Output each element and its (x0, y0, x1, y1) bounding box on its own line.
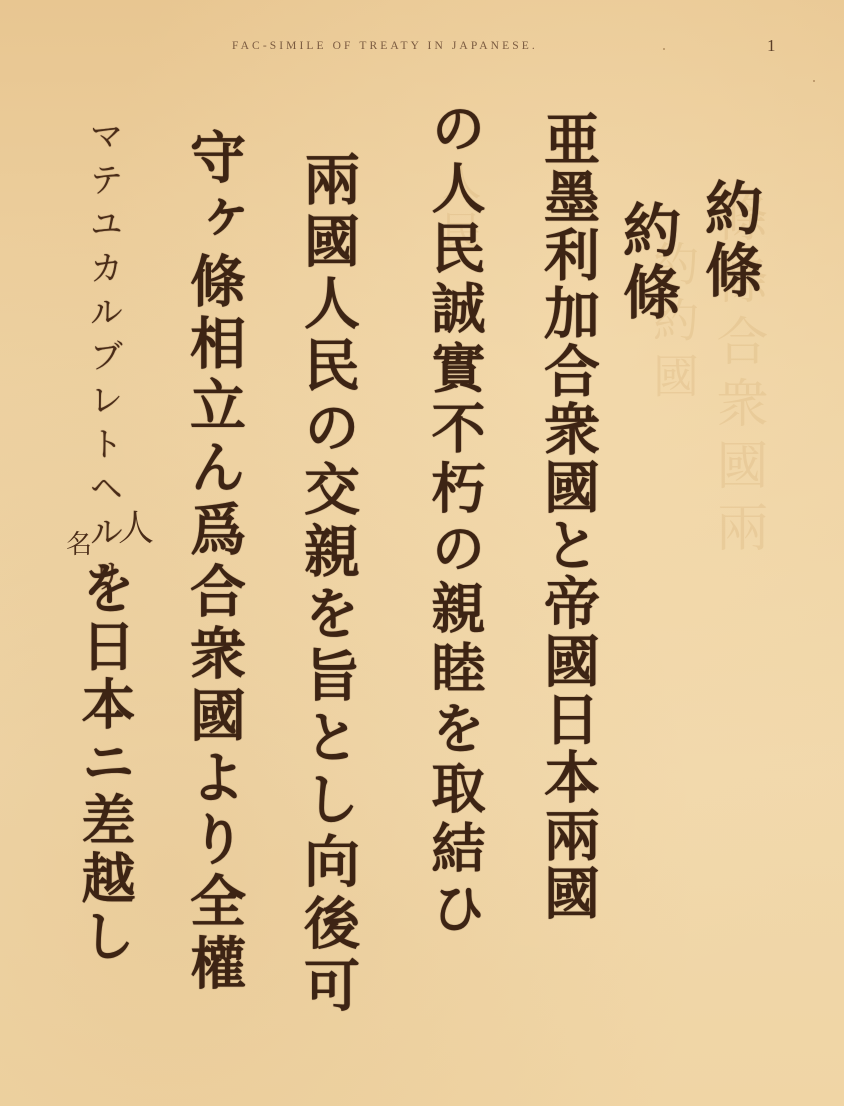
paper-speck (813, 80, 815, 82)
paper-speck (215, 713, 217, 715)
paper-speck (663, 48, 665, 50)
text-column-5-tail: を日本ニ差越し (78, 560, 132, 966)
header-title: FAC-SIMILE OF TREATY IN JAPANESE. (232, 40, 538, 52)
title-column-2: 約條 (618, 200, 676, 324)
text-column-1: 亜墨利加合衆國と帝國日本兩國 (540, 110, 596, 922)
document-page: FAC-SIMILE OF TREATY IN JAPANESE. 1 條條合衆… (0, 0, 844, 1106)
text-column-4: 守ヶ條相立ん爲合衆國より全權 (186, 128, 242, 996)
name-prefix-char: 名 (66, 524, 92, 561)
text-column-2: の人民誠實不朽の親睦を取結ひ (428, 100, 482, 940)
name-suffix-char: 人 (118, 500, 154, 551)
running-header: FAC-SIMILE OF TREATY IN JAPANESE. 1 (0, 36, 844, 60)
text-column-3: 兩國人民の交親を旨とし向後可 (300, 150, 356, 1018)
page-number: 1 (767, 36, 776, 56)
title-column-1: 約條 (700, 178, 758, 302)
